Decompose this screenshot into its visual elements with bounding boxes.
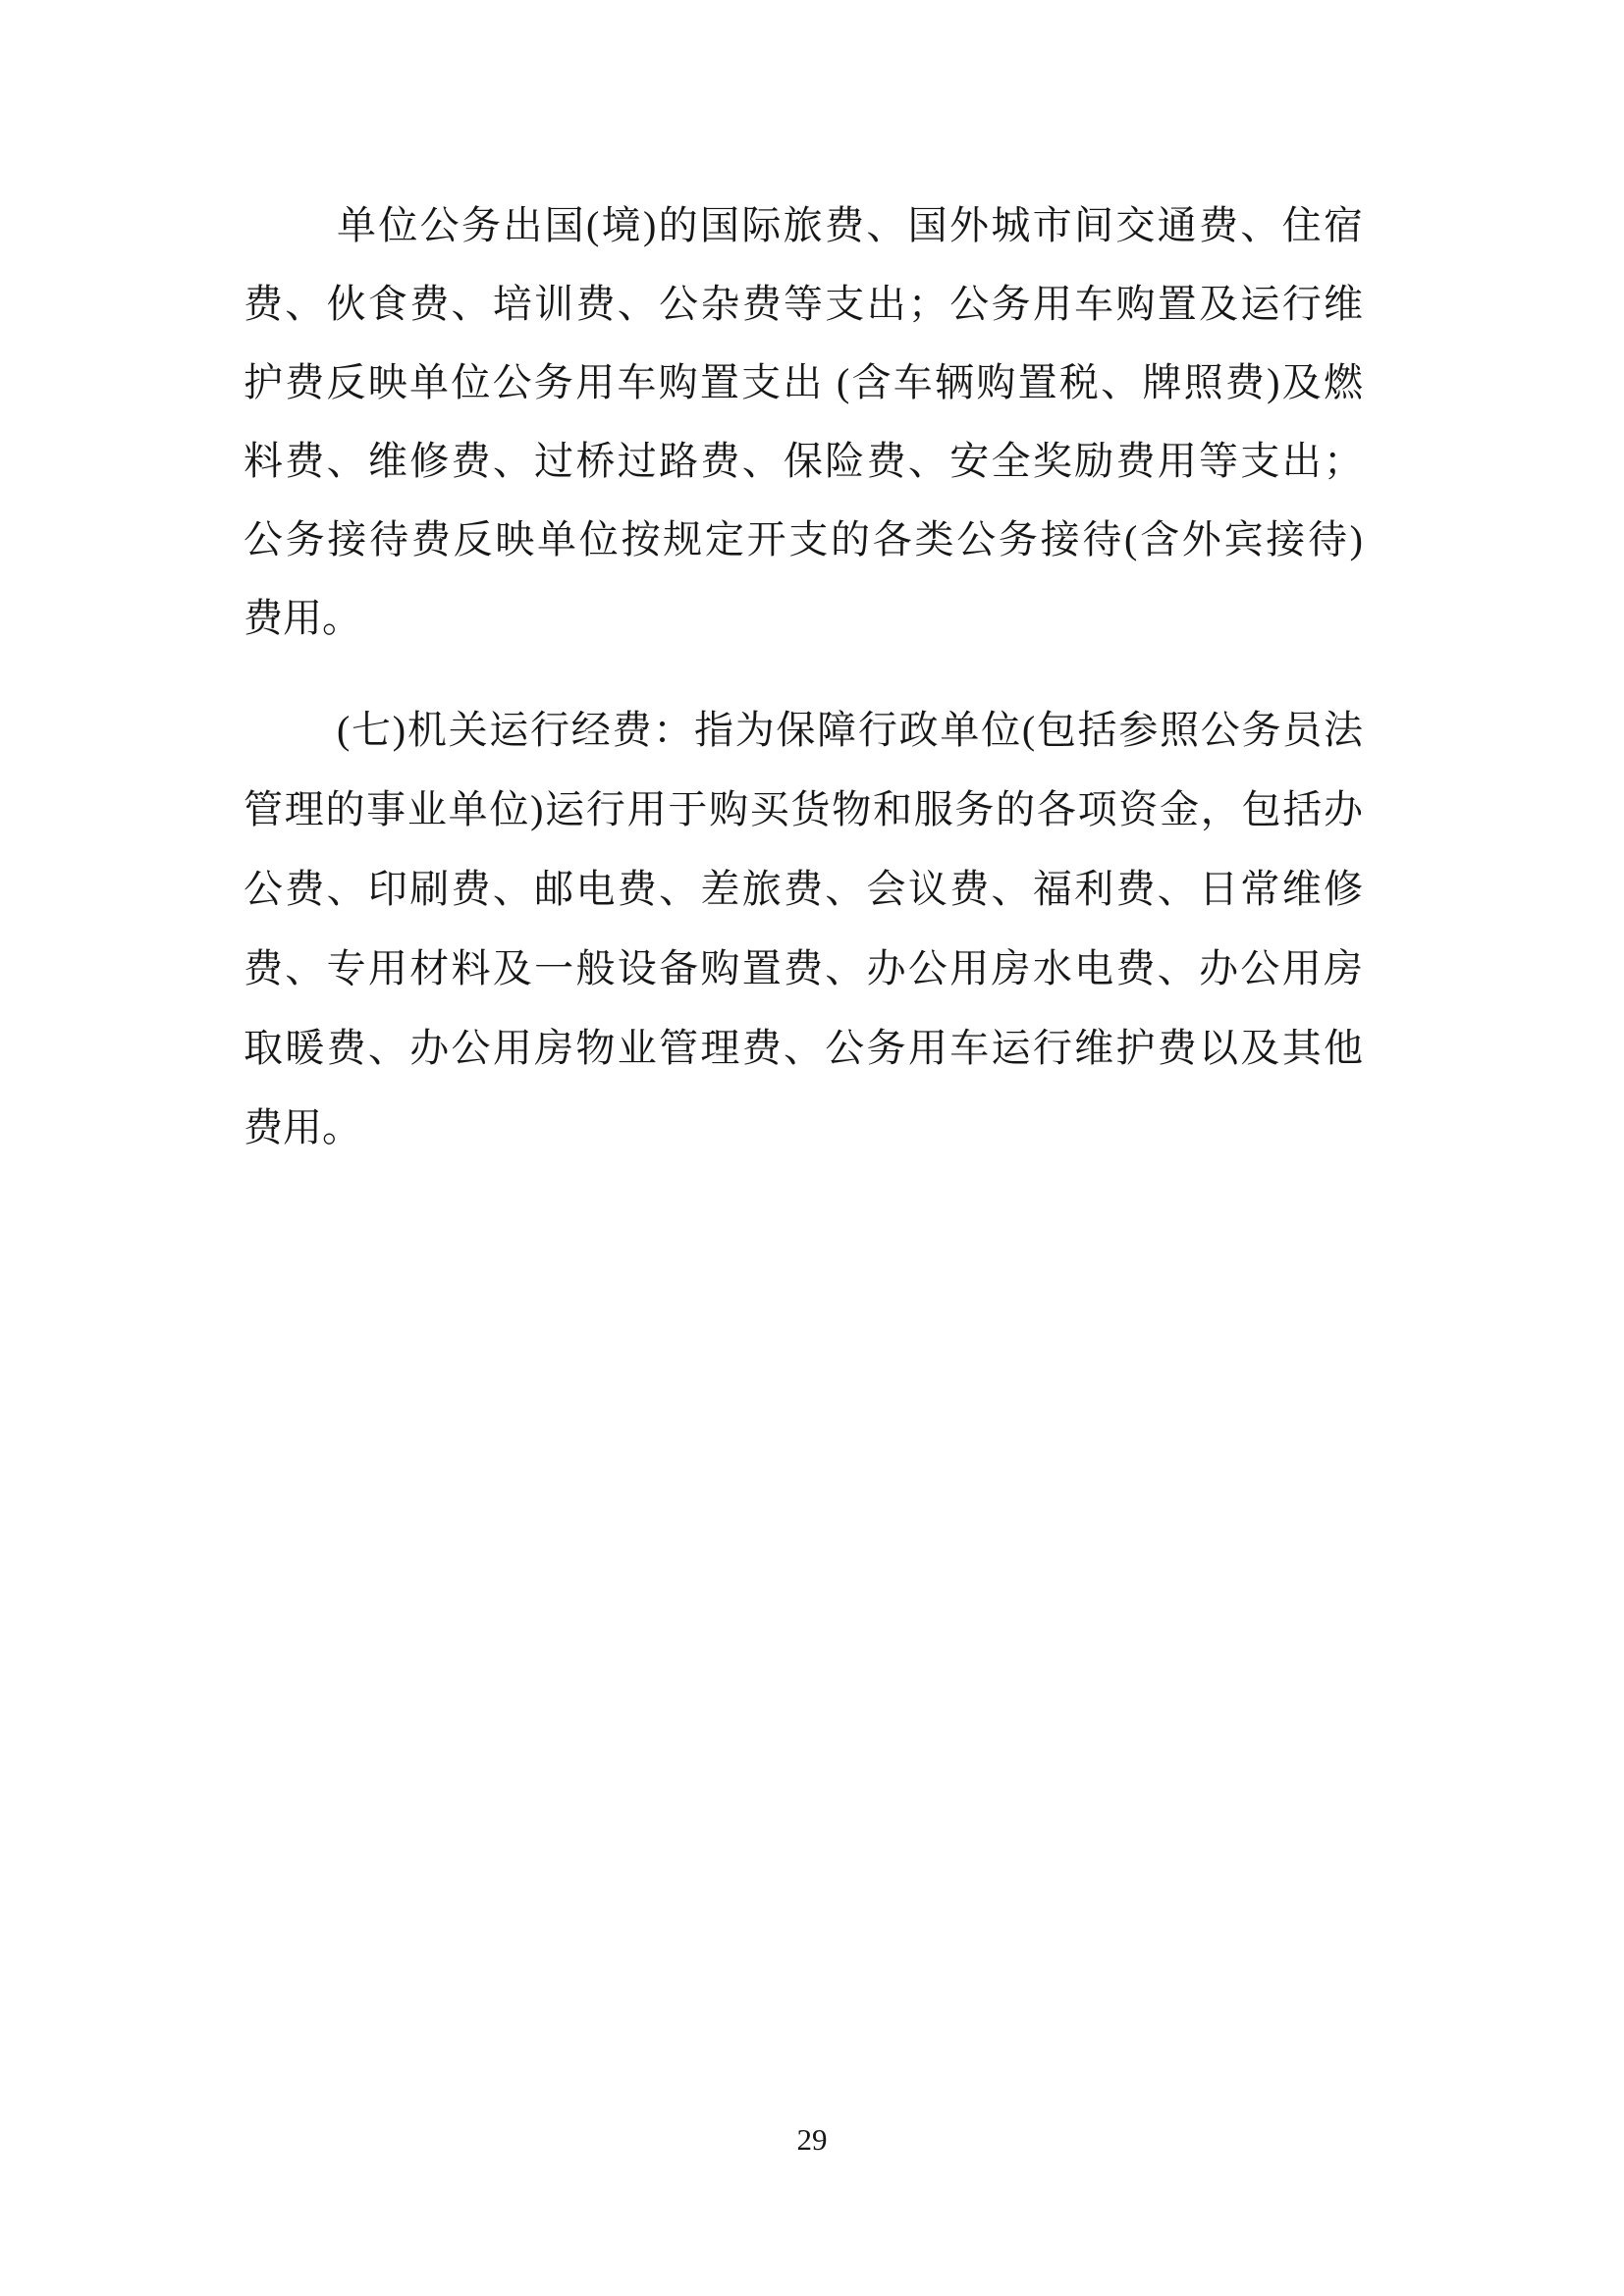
paragraph-line: 取暖费、办公用房物业管理费、公务用车运行维护费以及其他: [244, 1008, 1363, 1088]
paragraph-line: 费用。: [244, 579, 1363, 658]
paragraph-line: 费、伙食费、培训费、公杂费等支出；公务用车购置及运行维: [244, 265, 1363, 344]
paragraph-line: 管理的事业单位)运行用于购买货物和服务的各项资金，包括办: [244, 770, 1363, 849]
document-page: 单位公务出国(境)的国际旅费、国外城市间交通费、住宿 费、伙食费、培训费、公杂费…: [0, 0, 1624, 2296]
paragraph-line: 费用。: [244, 1088, 1363, 1167]
paragraph-line: 单位公务出国(境)的国际旅费、国外城市间交通费、住宿: [244, 187, 1363, 265]
paragraph-line: 公务接待费反映单位按规定开支的各类公务接待(含外宾接待): [244, 501, 1363, 579]
page-number: 29: [0, 2120, 1624, 2160]
paragraph-line: 费、专用材料及一般设备购置费、办公用房水电费、办公用房: [244, 929, 1363, 1008]
paragraph-line: 料费、维修费、过桥过路费、保险费、安全奖励费用等支出；: [244, 422, 1363, 501]
paragraph-line: 公费、印刷费、邮电费、差旅费、会议费、福利费、日常维修: [244, 849, 1363, 929]
paragraph-line: (七)机关运行经费：指为保障行政单位(包括参照公务员法: [244, 690, 1363, 770]
paragraph-expense-explanation: 单位公务出国(境)的国际旅费、国外城市间交通费、住宿 费、伙食费、培训费、公杂费…: [244, 187, 1363, 658]
paragraph-line: 护费反映单位公务用车购置支出 (含车辆购置税、牌照费)及燃: [244, 344, 1363, 422]
paragraph-agency-operating-funds: (七)机关运行经费：指为保障行政单位(包括参照公务员法 管理的事业单位)运行用于…: [244, 690, 1363, 1167]
